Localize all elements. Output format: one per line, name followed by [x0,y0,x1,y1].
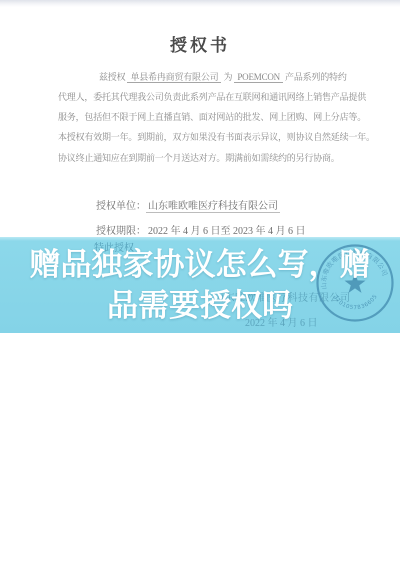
brand-name: POEMCON [234,72,283,83]
body-line-3: 服务，包括但不限于网上直播直销、面对网站的批发、网上团购、网上分店等。 [58,110,366,123]
page-top-shadow [0,0,400,7]
authorized-company-name: 单县希冉商贸有限公司 [127,72,221,83]
banner-headline-line1: 赠品独家协议怎么写，赠 [0,245,400,286]
authorizing-unit-row: 授权单位：山东唯欧唯医疗科技有限公司 [96,197,280,212]
body-line-2: 代理人，委托其代理我公司负责此系列产品在互联网和通讯网络上销售产品提供 [58,90,366,103]
body-line-1: 兹授权 单县希冉商贸有限公司 为 POEMCON 产品系列的特约 [99,70,347,83]
body-text-lead: 兹授权 [99,72,127,82]
unit-label: 授权单位： [96,201,146,212]
banner-headline-line2: 品需要授权吗 [0,286,400,327]
banner-headline: 赠品独家协议怎么写，赠 品需要授权吗 [0,239,400,327]
body-text-tail: 产品系列的特约 [283,72,347,82]
authorization-period-row: 授权期限：2022 年 4 月 6 日至 2023 年 4 月 6 日 [96,222,308,237]
body-line-4: 本授权有效期一年。到期前，双方如果没有书面表示异议，则协议自然延续一年。 [58,130,375,143]
body-line-5: 协议终止通知应在到期前一个月送达对方。期满前如需续约的另行协商。 [58,151,340,164]
body-text-mid: 为 [221,72,234,82]
period-label: 授权期限： [96,226,146,237]
document-title: 授权书 [0,31,400,56]
document-page: 授权书 兹授权 单县希冉商贸有限公司 为 POEMCON 产品系列的特约 代理人… [0,0,400,570]
unit-value: 山东唯欧唯医疗科技有限公司 [146,201,280,213]
